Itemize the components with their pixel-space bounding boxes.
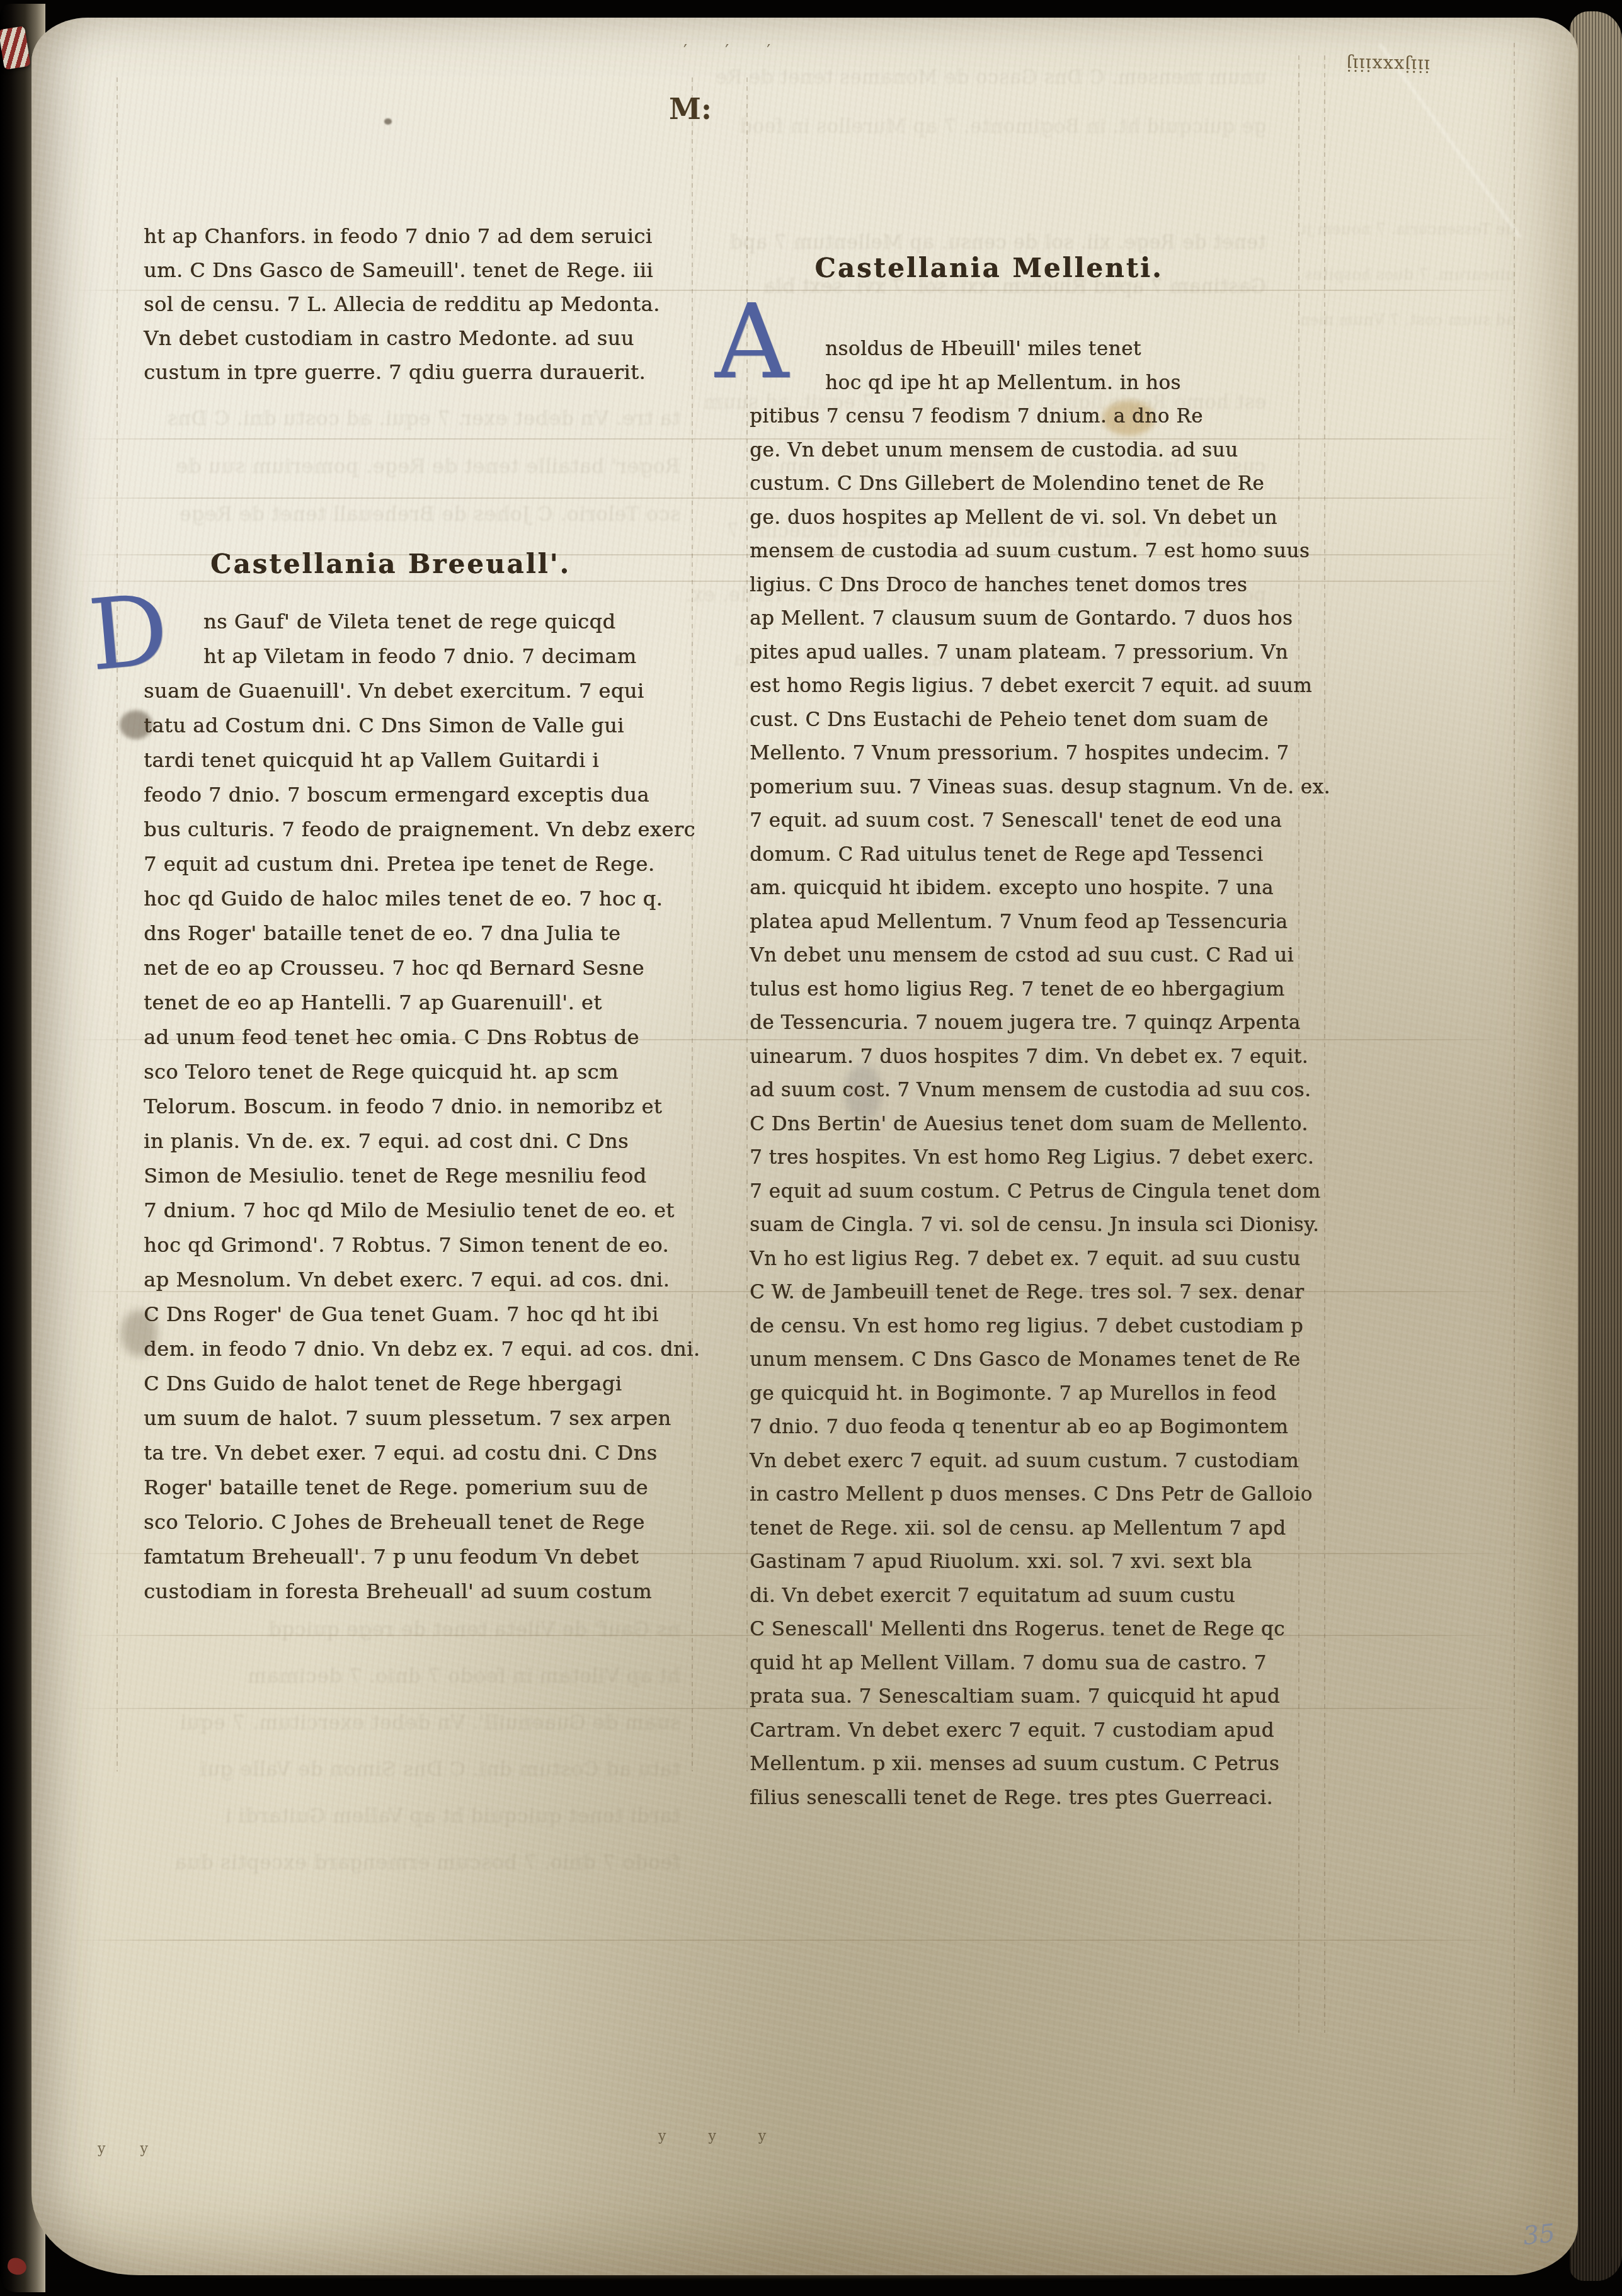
left-column-heading-castellania-breeuall: Castellania Breeuall'. bbox=[107, 548, 674, 581]
bleedthrough-text: de Tessencuria. 7 nouem jugera tre. 7 qu… bbox=[1301, 207, 1515, 345]
bleedthrough-text: ta tre. Vn debet exer. 7 equi. ad costu … bbox=[113, 394, 680, 538]
photograph-of-manuscript: { "photo": { "pencil_page_number": "35" … bbox=[0, 0, 1622, 2296]
ruling-horizontal bbox=[69, 1940, 1518, 1941]
ruling-vertical-right-b bbox=[1324, 55, 1325, 2033]
left-column-intro-paragraph: ht ap Chanfors. in feodo 7 dnio 7 ad dem… bbox=[144, 219, 685, 389]
pen-trial-marks-bottom-left: y y bbox=[98, 2141, 163, 2157]
quire-mark-top-center: M: bbox=[669, 92, 712, 126]
ruling-vertical-left-margin bbox=[117, 77, 118, 1771]
fly-speck bbox=[384, 118, 392, 125]
ruling-vertical-intercolumn-a bbox=[692, 77, 693, 1771]
manuscript-page: ta tre. Vn debet exer. 7 equi. ad costu … bbox=[31, 18, 1578, 2275]
pen-trial-marks-bottom-center: y y y bbox=[658, 2128, 785, 2144]
pen-trial-marks-top: ′ ′ ′ bbox=[683, 42, 787, 60]
right-column-heading-castellania-mellenti: Castellania Mellenti. bbox=[724, 252, 1254, 285]
ruling-vertical-outer-margin bbox=[1514, 43, 1515, 2096]
pencil-page-number: 35 bbox=[1522, 2219, 1556, 2251]
right-column-body-text: nsoldus de Hbeuill' miles tenethoc qd ip… bbox=[750, 332, 1304, 1815]
folio-number-inverted: iiijxxxiiij bbox=[1291, 53, 1431, 77]
bleedthrough-text: unum mensem. C Dns Gasco de Monames tene… bbox=[724, 53, 1266, 151]
left-column-body-text: ns Gauf' de Vileta tenet de rege quicqdh… bbox=[144, 605, 685, 1609]
bleedthrough-text: ns Gauf' de Vileta tenet de rege quicqdh… bbox=[113, 1606, 680, 1885]
